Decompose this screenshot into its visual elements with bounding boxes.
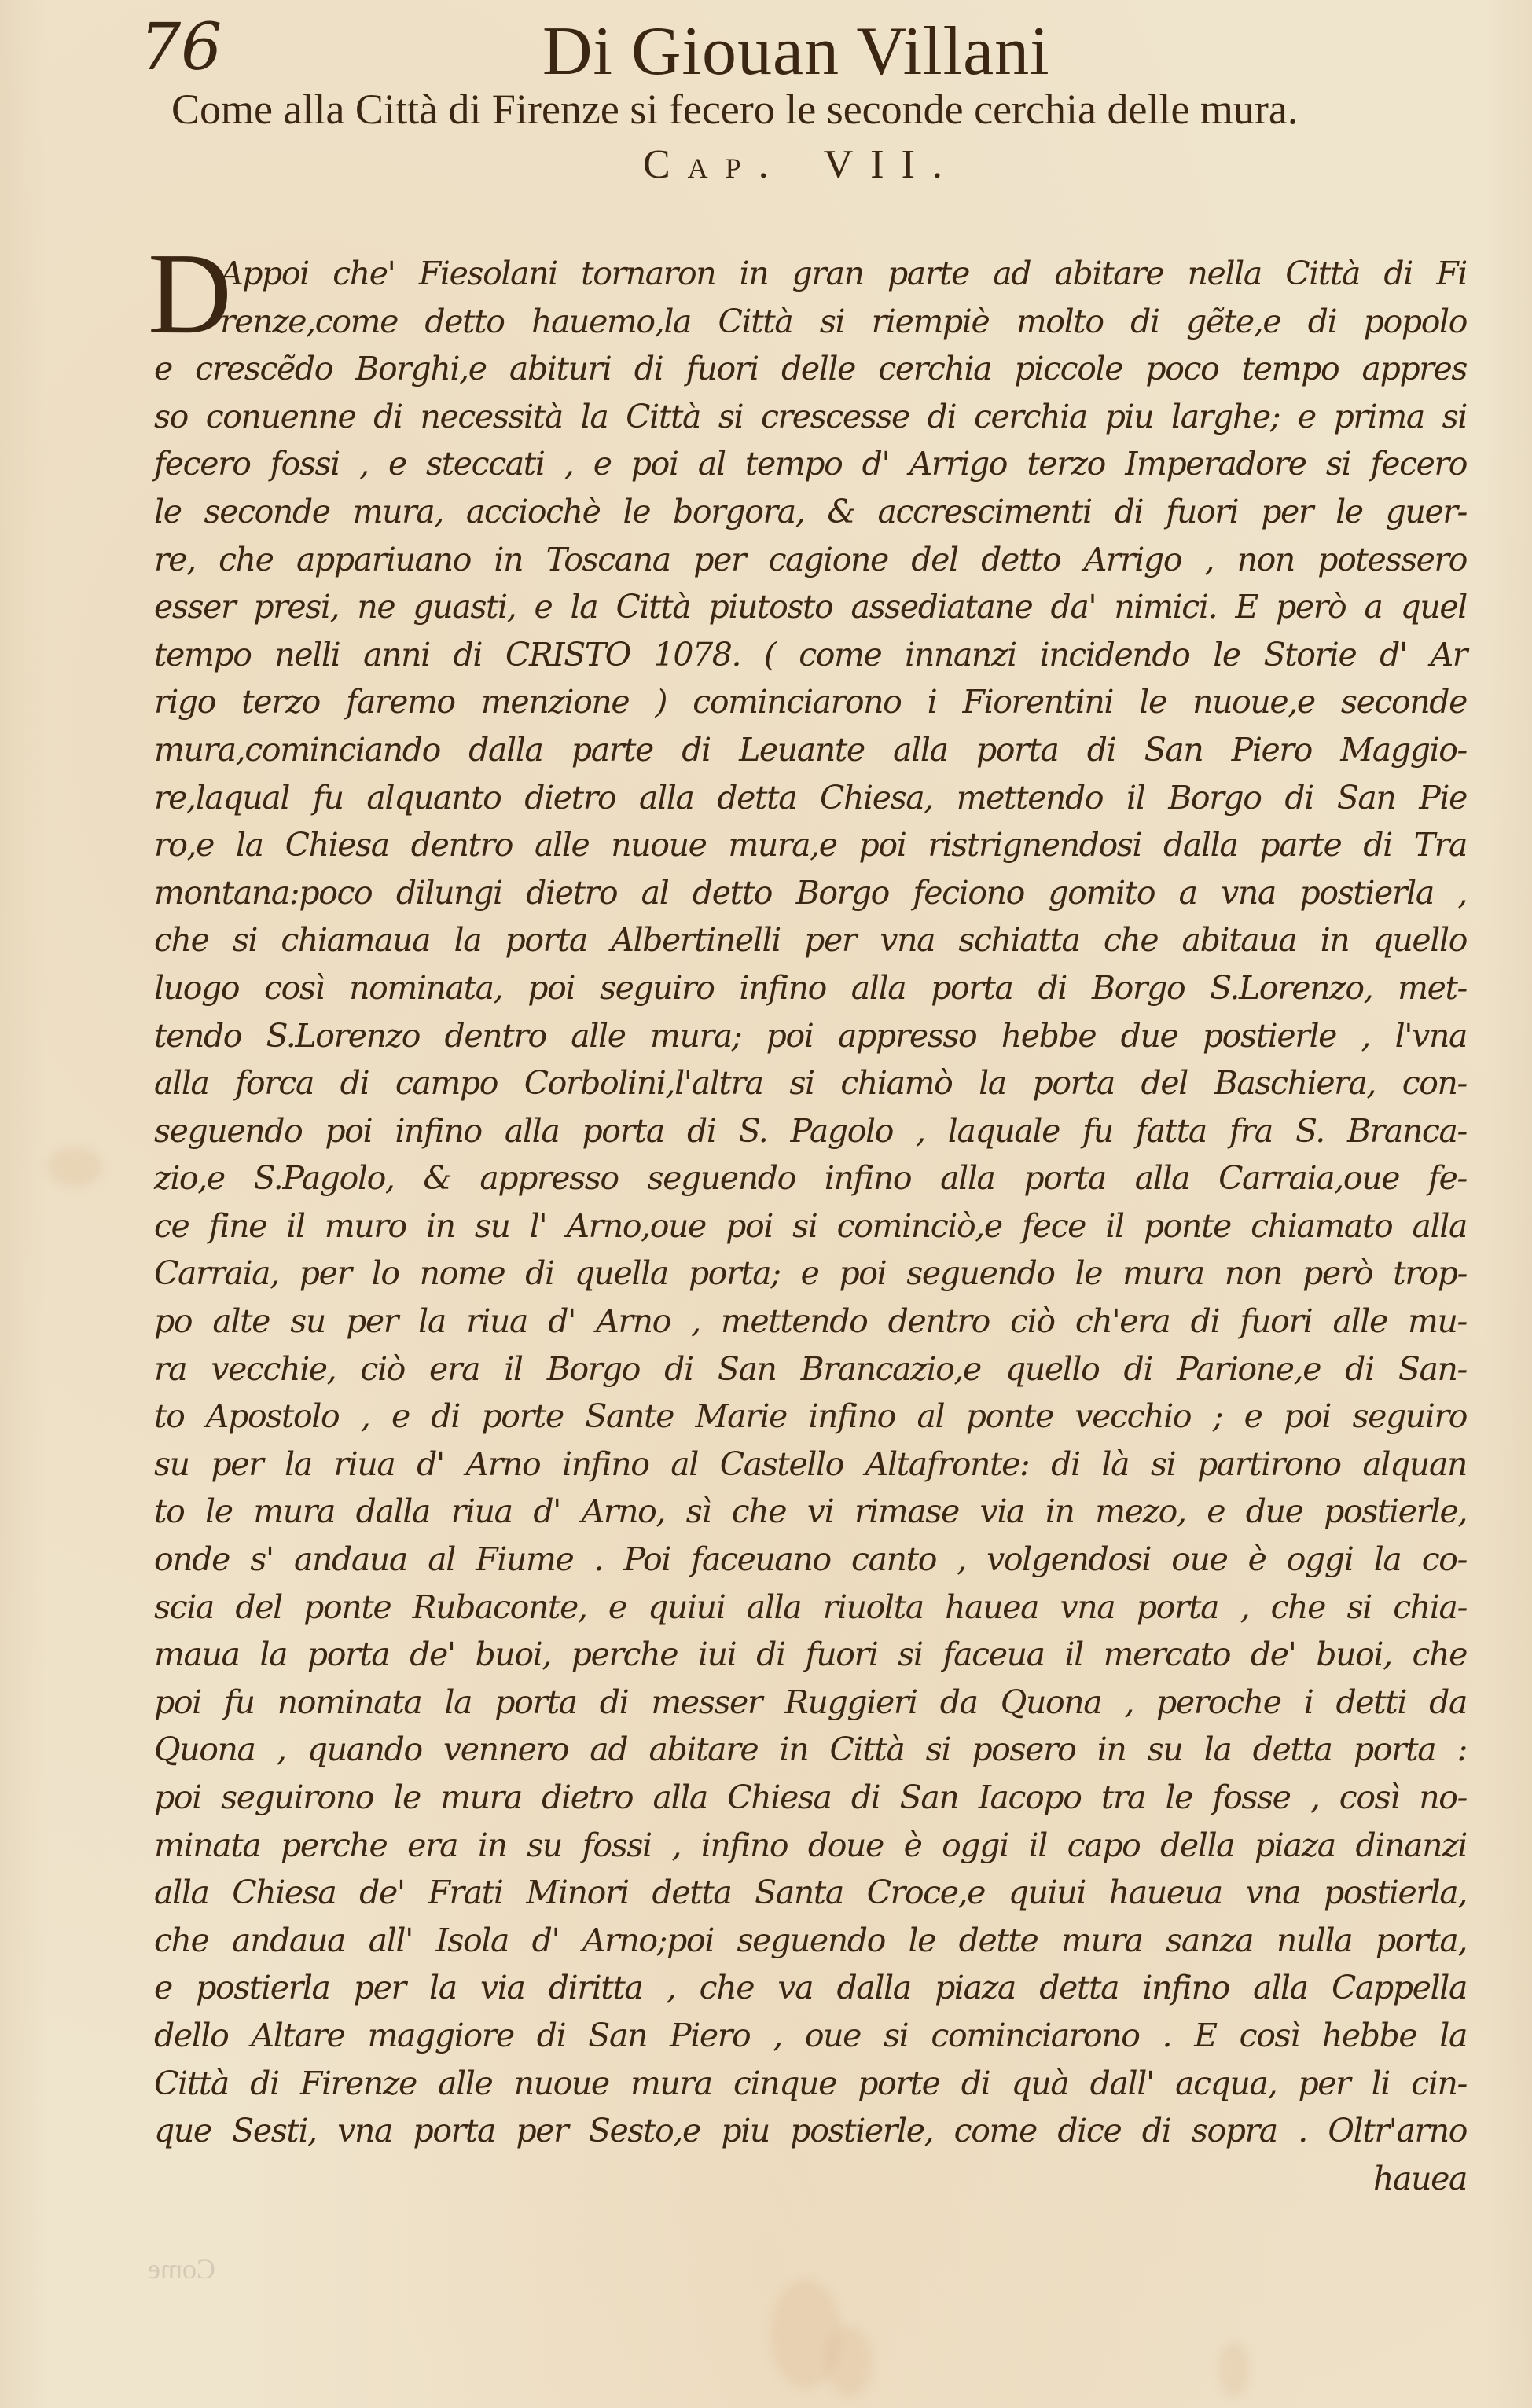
text-line: re,laqual fu alquanto dietro alla detta … [154,774,1467,822]
catchword: hauea [154,2155,1467,2203]
text-line: tempo nelli anni di CRISTO 1078. ( come … [154,631,1467,679]
show-through-text: Come [148,2252,215,2285]
text-line: ra vecchie, ciò era il Borgo di San Bran… [154,1345,1467,1393]
chapter-label: Cap. [643,142,786,187]
text-line: ce fine il muro in su l' Arno,oue poi si… [154,1202,1467,1250]
text-line: so conuenne di necessità la Città si cre… [154,393,1467,441]
chapter-number: Cap.VII. [643,145,960,185]
text-line: ro,e la Chiesa dentro alle nuoue mura,e … [154,821,1467,869]
text-line: che si chiamaua la porta Albertinelli pe… [154,916,1467,964]
text-line: alla forca di campo Corbolini,l'altra si… [154,1059,1467,1107]
text-line: renze,come detto hauemo,la Città si riem… [154,298,1467,346]
text-line: scia del ponte Rubaconte, e quiui alla r… [154,1584,1467,1632]
paper-stain [47,1147,102,1187]
text-line: mura,cominciando dalla parte di Leuante … [154,726,1467,774]
text-line: montana:poco dilungi dietro al detto Bor… [154,869,1467,917]
text-line: minata perche era in su fossi , infino d… [154,1822,1467,1870]
text-line: fecero fossi , e steccati , e poi al tem… [154,440,1467,488]
running-head: Di Giouan Villani [542,17,1050,86]
text-line: Quona , quando vennero ad abitare in Cit… [154,1726,1467,1774]
text-line: Città di Firenze alle nuoue mura cinque … [154,2060,1467,2108]
book-page: 76 Di Giouan Villani Come alla Città di … [0,0,1532,2408]
text-line: Carraia, per lo nome di quella porta; e … [154,1250,1467,1298]
text-line: to le mura dalla riua d' Arno, sì che vi… [154,1488,1467,1536]
text-line: rigo terzo faremo menzione ) cominciaron… [154,678,1467,726]
text-line: zio,e S.Pagolo, & appresso seguendo infi… [154,1154,1467,1202]
text-line: e crescẽdo Borghi,e abituri di fuori del… [154,345,1467,393]
text-line: che andaua all' Isola d' Arno;poi seguen… [154,1917,1467,1965]
text-line: onde s' andaua al Fiume . Poi faceuano c… [154,1536,1467,1584]
text-line: re, che appariuano in Toscana per cagion… [154,536,1467,584]
text-line: po alte su per la riua d' Arno , mettend… [154,1298,1467,1345]
text-line: to Apostolo , e di porte Sante Marie inf… [154,1393,1467,1441]
text-line: le seconde mura, acciochè le borgora, & … [154,488,1467,536]
text-line: Appoi che' Fiesolani tornaron in gran pa… [154,250,1467,298]
page-number: 76 [140,16,222,80]
body-text: Appoi che' Fiesolani tornaron in gran pa… [154,250,1467,2202]
text-line: poi seguirono le mura dietro alla Chiesa… [154,1774,1467,1822]
text-line: e postierla per la via diritta , che va … [154,1964,1467,2012]
text-line: poi fu nominata la porta di messer Ruggi… [154,1679,1467,1727]
text-line: esser presi, ne guasti, e la Città piuto… [154,583,1467,631]
text-line: que Sesti, vna porta per Sesto,e piu pos… [154,2107,1467,2155]
paper-stain [825,2326,873,2397]
paper-stain [1218,2342,1250,2397]
text-line: tendo S.Lorenzo dentro alle mura; poi ap… [154,1012,1467,1060]
text-line: alla Chiesa de' Frati Minori detta Santa… [154,1869,1467,1917]
text-line: luogo così nominata, poi seguiro infino … [154,964,1467,1012]
chapter-roman-numeral: VII. [824,142,960,187]
text-line: dello Altare maggiore di San Piero , oue… [154,2012,1467,2060]
text-line: su per la riua d' Arno infino al Castell… [154,1441,1467,1488]
text-line: maua la porta de' buoi, perche iui di fu… [154,1631,1467,1679]
text-line: seguendo poi infino alla porta di S. Pag… [154,1107,1467,1155]
chapter-title: Come alla Città di Firenze si fecero le … [171,88,1445,130]
